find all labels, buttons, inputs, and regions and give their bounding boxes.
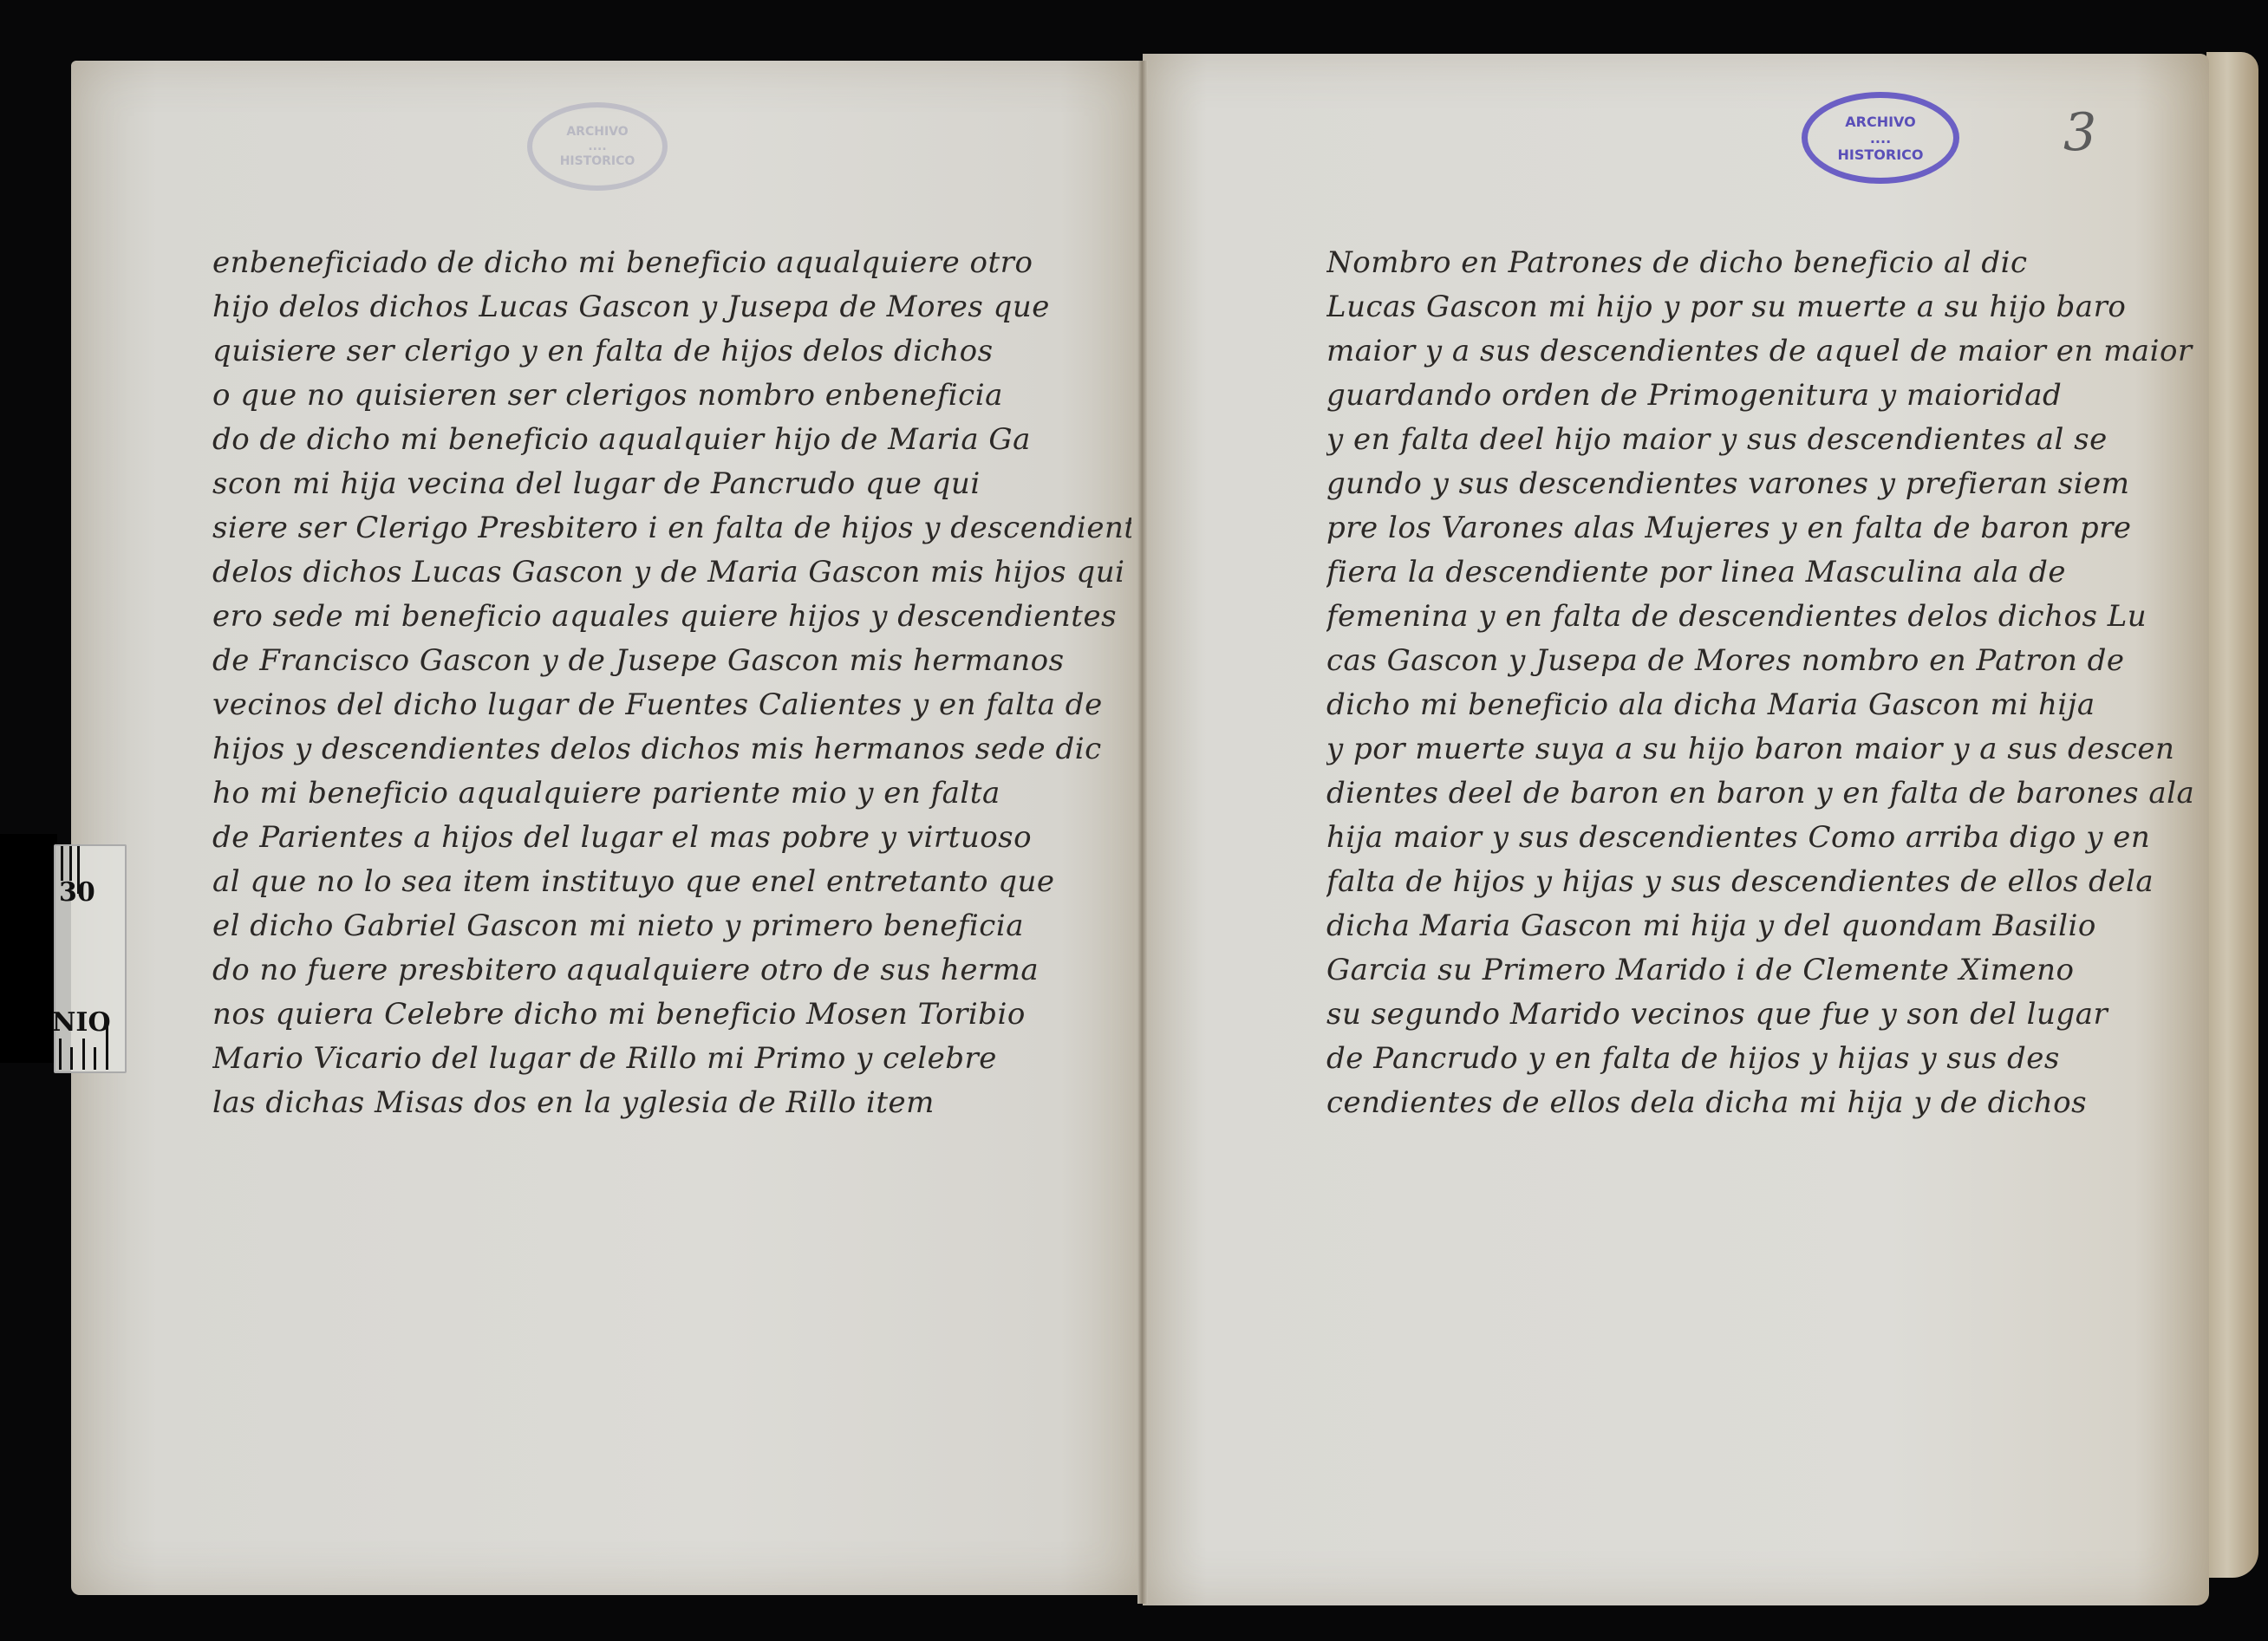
ruler-tick — [59, 1039, 62, 1070]
manuscript-line: Garcia su Primero Marido i de Clemente X… — [1326, 948, 2193, 993]
ruler-tick — [94, 1047, 96, 1070]
ruler-tick — [106, 1026, 108, 1070]
manuscript-line: quisiere ser clerigo y en falta de hijos… — [212, 329, 1131, 374]
archive-stamp: ARCHIVO .... HISTORICO — [1802, 92, 1959, 184]
right-page-text: Nombro en Patrones de dicho beneficio al… — [1326, 241, 2193, 1125]
manuscript-line: hijo delos dichos Lucas Gascon y Jusepa … — [212, 285, 1131, 329]
manuscript-line: hijos y descendientes delos dichos mis h… — [212, 727, 1131, 772]
scale-ruler: 30 NIO — [0, 834, 124, 1063]
manuscript-line: de Parientes a hijos del lugar el mas po… — [212, 816, 1131, 860]
manuscript-line: Lucas Gascon mi hijo y por su muerte a s… — [1326, 285, 2193, 329]
manuscript-line: ho mi beneficio aqualquiere pariente mio… — [212, 772, 1131, 816]
manuscript-line: Mario Vicario del lugar de Rillo mi Prim… — [212, 1037, 1131, 1081]
manuscript-line: las dichas Misas dos en la yglesia de Ri… — [212, 1081, 1131, 1125]
manuscript-line: delos dichos Lucas Gascon y de Maria Gas… — [212, 550, 1131, 595]
manuscript-line: do no fuere presbitero aqualquiere otro … — [212, 948, 1131, 993]
manuscript-line: femenina y en falta de descendientes del… — [1326, 595, 2193, 639]
manuscript-line: dicha Maria Gascon mi hija y del quondam… — [1326, 904, 2193, 948]
ruler-tick — [61, 846, 63, 881]
open-manuscript: ARCHIVO .... HISTORICO ARCHIVO .... HIST… — [0, 0, 2268, 1641]
ruler-label-bottom: NIO — [52, 1007, 111, 1038]
ruler-tick — [82, 1039, 85, 1070]
manuscript-line: dientes deel de baron en baron y en falt… — [1326, 772, 2193, 816]
manuscript-line: falta de hijos y hijas y sus descendient… — [1326, 860, 2193, 904]
manuscript-line: dicho mi beneficio ala dicha Maria Gasco… — [1326, 683, 2193, 727]
manuscript-line: y por muerte suya a su hijo baron maior … — [1326, 727, 2193, 772]
ruler-tick — [69, 846, 72, 881]
stamp-line: .... — [588, 140, 606, 154]
manuscript-line: el dicho Gabriel Gascon mi nieto y prime… — [212, 904, 1131, 948]
manuscript-line: cas Gascon y Jusepa de Mores nombro en P… — [1326, 639, 2193, 683]
ruler-tick — [70, 1047, 73, 1070]
archive-stamp-faded: ARCHIVO .... HISTORICO — [527, 102, 668, 191]
manuscript-line: gundo y sus descendientes varones y pref… — [1326, 462, 2193, 506]
manuscript-line: do de dicho mi beneficio aqualquier hijo… — [212, 418, 1131, 462]
manuscript-line: de Pancrudo y en falta de hijos y hijas … — [1326, 1037, 2193, 1081]
manuscript-line: ero sede mi beneficio aquales quiere hij… — [212, 595, 1131, 639]
manuscript-line: Nombro en Patrones de dicho beneficio al… — [1326, 241, 2193, 285]
binding-gutter — [1137, 61, 1148, 1604]
manuscript-line: vecinos del dicho lugar de Fuentes Calie… — [212, 683, 1131, 727]
left-page-text: enbeneficiado de dicho mi beneficio aqua… — [212, 241, 1131, 1125]
manuscript-line: o que no quisieren ser clerigos nombro e… — [212, 374, 1131, 418]
manuscript-line: de Francisco Gascon y de Jusepe Gascon m… — [212, 639, 1131, 683]
manuscript-line: siere ser Clerigo Presbitero i en falta … — [212, 506, 1131, 550]
stamp-line: HISTORICO — [560, 154, 635, 169]
manuscript-line: scon mi hija vecina del lugar de Pancrud… — [212, 462, 1131, 506]
manuscript-line: maior y a sus descendientes de aquel de … — [1326, 329, 2193, 374]
stamp-line: .... — [1870, 130, 1891, 147]
manuscript-line: hija maior y sus descendientes Como arri… — [1326, 816, 2193, 860]
manuscript-line: su segundo Marido vecinos que fue y son … — [1326, 993, 2193, 1037]
manuscript-line: pre los Varones alas Mujeres y en falta … — [1326, 506, 2193, 550]
manuscript-line: enbeneficiado de dicho mi beneficio aqua… — [212, 241, 1131, 285]
stamp-line: HISTORICO — [1838, 147, 1924, 163]
page-stack-edge — [2206, 52, 2258, 1578]
manuscript-line: y en falta deel hijo maior y sus descend… — [1326, 418, 2193, 462]
stamp-line: ARCHIVO — [566, 125, 628, 140]
ruler-black-band — [0, 834, 57, 1063]
manuscript-line: fiera la descendiente por linea Masculin… — [1326, 550, 2193, 595]
manuscript-line: nos quiera Celebre dicho mi beneficio Mo… — [212, 993, 1131, 1037]
manuscript-line: al que no lo sea item instituyo que enel… — [212, 860, 1131, 904]
manuscript-line: cendientes de ellos dela dicha mi hija y… — [1326, 1081, 2193, 1125]
ruler-label-top: 30 — [59, 877, 95, 908]
folio-number: 3 — [2063, 102, 2096, 163]
stamp-line: ARCHIVO — [1845, 114, 1916, 130]
manuscript-line: guardando orden de Primogenitura y maior… — [1326, 374, 2193, 418]
